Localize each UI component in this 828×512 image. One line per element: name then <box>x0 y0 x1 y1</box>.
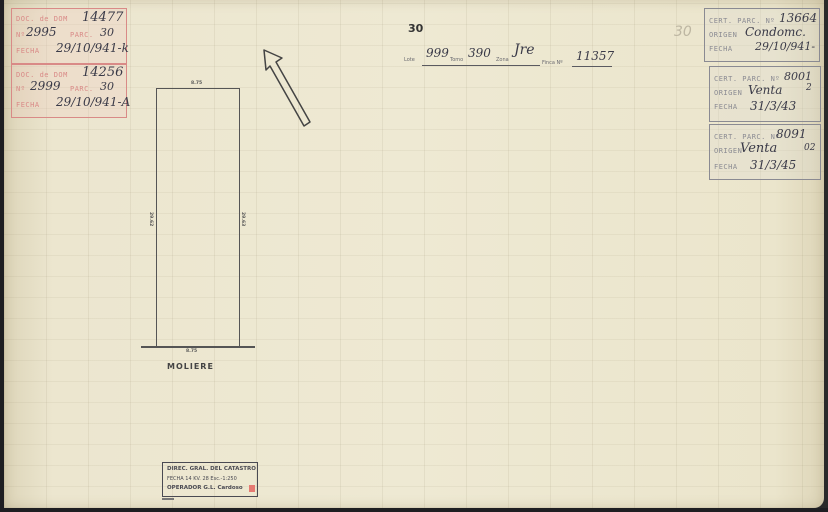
cadastral-card: DOC. de DOM Nº PARC. FECHA 14477 2995 30… <box>4 0 824 508</box>
plot-right-dimension: 29.63 <box>240 212 245 226</box>
handwritten-value: 8091 <box>776 127 807 141</box>
stamp-label: ORIGEN <box>714 147 742 155</box>
stamp-date-scale: FECHA 14 KV. 28 Esc.-1:250 <box>167 476 237 482</box>
lot-value: 999 <box>426 46 449 60</box>
domain-stamp-2: DOC. de DOM Nº PARC. FECHA 14256 2999 30… <box>11 64 127 118</box>
street-line <box>141 346 255 348</box>
ink-mark <box>162 498 174 500</box>
stamp-label: CERT. PARC. Nº <box>709 17 775 25</box>
stamp-label: FECHA <box>16 101 40 109</box>
stamp-label: Nº <box>16 31 25 39</box>
plot-left-dimension: 29.62 <box>148 212 153 226</box>
volume-label: Tomo <box>450 57 463 63</box>
parcel-certificate-stamp-2: CERT. PARC. Nº ORIGEN FECHA 8001 2 Venta… <box>709 66 821 122</box>
estate-number-value: 11357 <box>576 49 614 63</box>
handwritten-value: 14477 <box>82 10 123 25</box>
handwritten-value: Venta <box>740 141 777 156</box>
stamp-label: FECHA <box>709 45 733 53</box>
red-check-mark <box>249 485 255 492</box>
handwritten-value: 29/10/941-k <box>56 41 129 55</box>
stamp-label: FECHA <box>714 103 738 111</box>
handwritten-value: 02 <box>804 143 815 153</box>
handwritten-value: 29/10/941- <box>755 40 815 53</box>
stamp-title: DIREC. GRAL. DEL CATASTRO <box>167 466 256 472</box>
handwritten-value: 2995 <box>26 25 57 39</box>
stamp-label: CERT. PARC. Nº <box>714 133 780 141</box>
handwritten-value: 2 <box>806 83 812 93</box>
plot-outline <box>156 88 240 347</box>
stamp-label: ORIGEN <box>709 31 737 39</box>
handwritten-value: 13664 <box>779 11 817 25</box>
handwritten-value: 8001 <box>784 70 812 83</box>
stamp-label: DOC. de DOM <box>16 71 68 79</box>
handwritten-value: 29/10/941-A <box>56 95 130 109</box>
handwritten-value: 31/3/45 <box>750 158 796 172</box>
stamp-label: Nº <box>16 85 25 93</box>
scan-edge-bottom <box>0 508 828 512</box>
stamp-operator: OPERADOR G.L. Cardoso <box>167 485 243 491</box>
handwritten-value: 30 <box>100 80 114 93</box>
stamp-label: DOC. de DOM <box>16 15 68 23</box>
handwritten-value: 2999 <box>30 79 61 93</box>
faded-page-number: 30 <box>674 24 692 40</box>
handwritten-value: Venta <box>748 83 782 97</box>
domain-stamp-1: DOC. de DOM Nº PARC. FECHA 14477 2995 30… <box>11 8 127 64</box>
stamp-label: FECHA <box>16 47 40 55</box>
parcel-certificate-stamp-3: CERT. PARC. Nº ORIGEN FECHA 8091 02 Vent… <box>709 124 821 180</box>
page-number: 30 <box>408 22 423 35</box>
plot-top-dimension: 8.75 <box>191 81 202 86</box>
north-arrow-icon <box>260 46 320 130</box>
street-name: MOLIERE <box>167 362 214 371</box>
lot-label: Lote <box>404 57 415 63</box>
stamp-label: CERT. PARC. Nº <box>714 75 780 83</box>
cadastre-office-stamp: DIREC. GRAL. DEL CATASTRO FECHA 14 KV. 2… <box>162 462 258 497</box>
handwritten-value: Condomc. <box>745 25 806 39</box>
handwritten-value: 30 <box>100 26 114 39</box>
underline <box>572 66 612 67</box>
stamp-label: FECHA <box>714 163 738 171</box>
stamp-label: PARC. <box>70 85 94 93</box>
zone-label: Zona <box>496 57 509 63</box>
handwritten-value: 14256 <box>82 65 123 80</box>
volume-value: 390 <box>468 46 491 60</box>
plot-bottom-dimension: 8.75 <box>186 349 197 354</box>
estate-number-label: Finca Nº <box>542 60 563 66</box>
underline <box>422 65 540 66</box>
stamp-label: ORIGEN <box>714 89 742 97</box>
zone-value: Jre <box>514 42 535 58</box>
reference-line: Lote 999 Tomo 390 Zona Jre Finca Nº 1135… <box>404 48 614 68</box>
stamp-label: PARC. <box>70 31 94 39</box>
handwritten-value: 31/3/43 <box>750 99 796 113</box>
parcel-certificate-stamp-1: CERT. PARC. Nº ORIGEN FECHA 13664 Condom… <box>704 8 820 62</box>
